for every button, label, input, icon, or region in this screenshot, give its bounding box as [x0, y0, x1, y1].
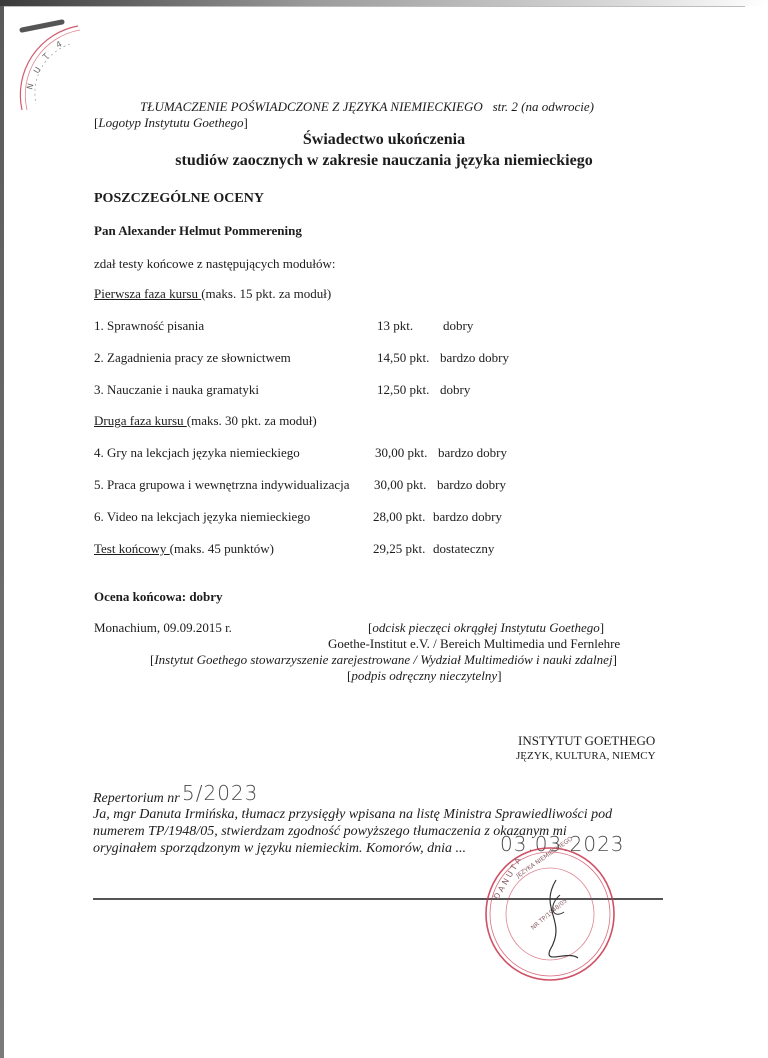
signature-note: [podpis odręczny nieczytelny] — [347, 668, 502, 684]
phase1-heading: Pierwsza faza kursu (maks. 15 pkt. za mo… — [94, 286, 331, 302]
module-6-points: 28,00 pkt. — [373, 509, 425, 525]
module-6-grade: bardzo dobry — [433, 509, 502, 525]
repertorium-label: Repertorium nr — [93, 791, 180, 807]
phase2-label: Druga faza kursu — [94, 413, 187, 428]
institute-block-line1: INSTYTUT GOETHEGO — [518, 733, 655, 749]
logo-note-text: Logotyp Instytutu Goethego — [98, 115, 243, 130]
certification-line3: oryginałem sporządzonym w języku niemiec… — [93, 841, 466, 857]
module-4-name: 4. Gry na lekcjach języka niemieckiego — [94, 445, 300, 461]
module-3-grade: dobry — [440, 382, 470, 398]
module-6-name: 6. Video na lekcjach języka niemieckiego — [94, 509, 310, 525]
final-test-label: Test końcowy — [94, 541, 170, 556]
module-1-grade: dobry — [443, 318, 473, 334]
phase2-note: (maks. 30 pkt. za moduł) — [187, 413, 317, 428]
phase2-heading: Druga faza kursu (maks. 30 pkt. za moduł… — [94, 413, 317, 429]
certified-translation-label: TŁUMACZENIE POŚWIADCZONE Z JĘZYKA NIEMIE… — [140, 99, 483, 114]
module-1-name: 1. Sprawność pisania — [94, 318, 204, 334]
section-heading: POSZCZEGÓLNE OCENY — [94, 191, 264, 207]
document-title-line1: Świadectwo ukończenia — [0, 131, 768, 149]
institute-polish: [Instytut Goethego stowarzyszenie zareje… — [150, 652, 617, 668]
module-1-points: 13 pkt. — [377, 318, 413, 334]
institute-block-line2: JĘZYK, KULTURA, NIEMCY — [516, 750, 656, 762]
certified-translation-heading: TŁUMACZENIE POŚWIADCZONE Z JĘZYKA NIEMIE… — [140, 99, 594, 115]
translator-seal: D A N U T A JĘZYKA NIEMIECKIEGO NR TP/19… — [478, 840, 628, 990]
institute-german: Goethe-Institut e.V. / Bereich Multimedi… — [328, 636, 620, 652]
stamp-note: [odcisk pieczęci okrągłej Instytutu Goet… — [368, 620, 604, 636]
module-5-points: 30,00 pkt. — [374, 477, 426, 493]
certification-line2: numerem TP/1948/05, stwierdzam zgodność … — [93, 824, 567, 840]
final-test-note: (maks. 45 punktów) — [170, 541, 274, 556]
candidate-name: Pan Alexander Helmut Pommerening — [94, 223, 302, 239]
module-5-grade: bardzo dobry — [437, 477, 506, 493]
final-test-grade: dostateczny — [433, 541, 494, 557]
final-test-heading: Test końcowy (maks. 45 punktów) — [94, 541, 274, 557]
svg-text:T: T — [40, 52, 51, 63]
svg-text:JĘZYKA NIEMIECKIEGO: JĘZYKA NIEMIECKIEGO — [514, 835, 574, 880]
module-4-points: 30,00 pkt. — [375, 445, 427, 461]
svg-text:4: 4 — [55, 39, 64, 49]
module-3-points: 12,50 pkt. — [377, 382, 429, 398]
module-2-name: 2. Zagadnienia pracy ze słownictwem — [94, 350, 291, 366]
module-3-name: 3. Nauczanie i nauka gramatyki — [94, 382, 259, 398]
partial-seal-top-left: 4 T U N — [0, 0, 130, 130]
place-date: Monachium, 09.09.2015 r. — [94, 620, 232, 636]
page-note: str. 2 (na odwrocie) — [493, 99, 594, 114]
intro-text: zdał testy końcowe z następujących moduł… — [94, 256, 336, 272]
svg-text:NR TP/1948/05: NR TP/1948/05 — [530, 897, 569, 931]
repertorium-number-handwritten: 5/2023 — [182, 781, 258, 805]
module-2-grade: bardzo dobry — [440, 350, 509, 366]
document-title-line2: studiów zaocznych w zakresie nauczania j… — [0, 152, 768, 170]
logo-note: [Logotyp Instytutu Goethego] — [94, 115, 248, 131]
phase1-label: Pierwsza faza kursu — [94, 286, 201, 301]
svg-text:U: U — [32, 65, 43, 75]
certification-line1: Ja, mgr Danuta Irmińska, tłumacz przysię… — [93, 807, 612, 823]
module-2-points: 14,50 pkt. — [377, 350, 429, 366]
final-grade: Ocena końcowa: dobry — [94, 589, 223, 605]
phase1-note: (maks. 15 pkt. za moduł) — [201, 286, 331, 301]
final-test-points: 29,25 pkt. — [373, 541, 425, 557]
module-5-name: 5. Praca grupowa i wewnętrzna indywidual… — [94, 477, 350, 493]
module-4-grade: bardzo dobry — [438, 445, 507, 461]
svg-text:N: N — [25, 82, 35, 90]
